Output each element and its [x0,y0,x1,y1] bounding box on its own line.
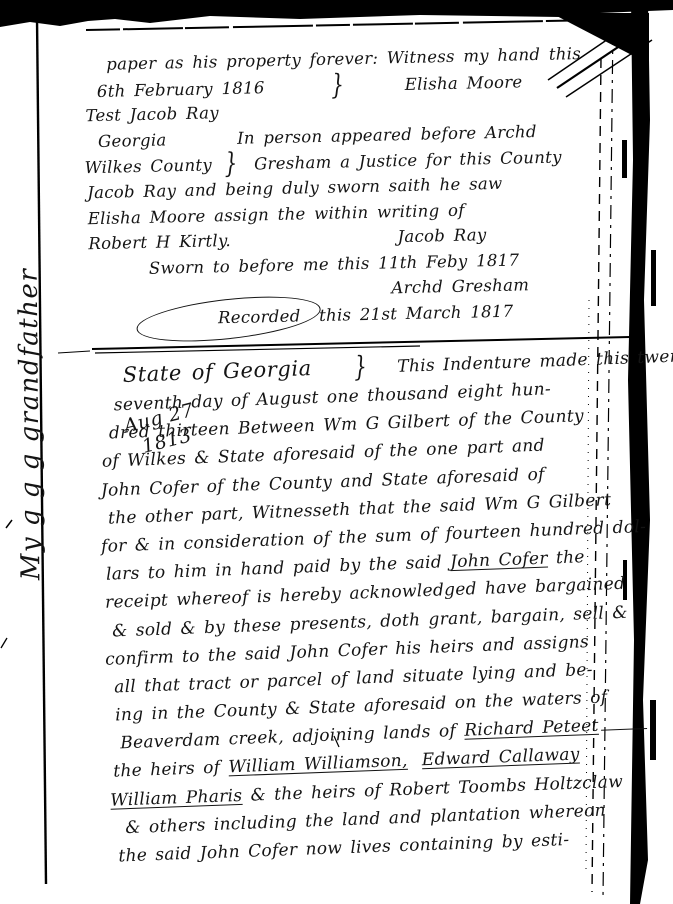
top-edge-band [0,0,673,27]
recorded-flourish: Recorded [160,303,301,332]
text-segment: the [547,547,585,568]
top-rule-line [86,20,598,30]
indenture-section: State of Georgia } This Indenture made t… [94,343,632,871]
name-william-pharis: William Pharis [110,786,243,811]
name-robert-kirtly: Robert H Kirtly. [88,231,231,253]
brace-flourish: } [325,346,367,387]
text-segment: This Indenture made this twenty [397,346,673,377]
jurisdiction-county: Wilkes County [84,156,212,178]
affidavit-section: paper as his property forever: Witness m… [96,41,607,334]
name-william-williamson: William Williamson, [228,751,408,778]
brace-mark: } [331,67,345,103]
name-edward-callaway: Edward Callaway [422,745,580,771]
text-segment: the heirs of [113,758,229,782]
binding-shadow [628,0,650,904]
text-segment: this 21st March 1817 [319,302,514,325]
text-segment: Gresham a Justice for this County [254,148,562,174]
text-segment: In person appeared before Archd [237,122,537,148]
deed-heading: State of Georgia [122,356,312,387]
signature-elisha-moore: Elisha Moore [404,72,522,94]
document-page: My g g g grandfather Aug 27 1813 paper a… [0,0,673,904]
section-divider-line [58,351,90,353]
binding-speckle [651,250,656,306]
jurisdiction-state: Georgia [98,130,167,151]
brace-mark: } [224,146,238,182]
signature-jacob-ray: Jacob Ray [397,225,487,246]
margin-vertical-note: My g g g grandfather [6,248,53,600]
ink-speck [1,638,7,648]
binding-speckle [622,140,627,178]
name-john-cofer: John Cofer [450,549,548,573]
binding-speckle [650,700,656,760]
name-richard-peteet: Richard Peteet [464,714,647,741]
date-text: 6th February 1816 [97,78,265,101]
